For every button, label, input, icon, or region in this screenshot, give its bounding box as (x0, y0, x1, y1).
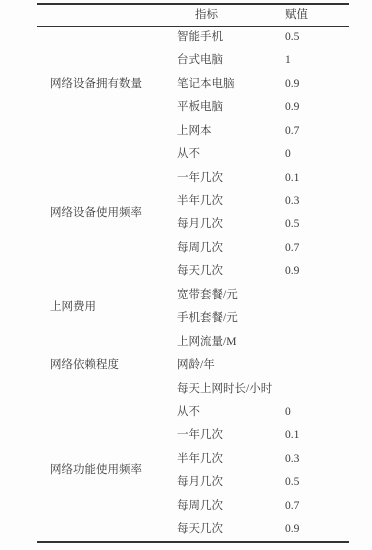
indicator-cell: 手机套餐/元 (177, 307, 285, 330)
value-cell: 0.7 (285, 495, 349, 518)
value-cell: 0 (285, 143, 349, 166)
value-cell: 0 (285, 401, 349, 424)
header-value: 赋值 (285, 4, 349, 26)
indicator-cell: 宽带套餐/元 (177, 284, 285, 307)
indicator-cell: 台式电脑 (177, 49, 285, 72)
indicator-cell: 平板电脑 (177, 96, 285, 119)
value-cell: 0.1 (285, 167, 349, 190)
paper-page: 指标 赋值 网络设备拥有数量 智能手机 0.5 台式电脑 1 笔记本电脑 0.9… (0, 0, 372, 550)
value-cell (285, 378, 349, 401)
indicator-cell: 每周几次 (177, 237, 285, 260)
indicator-cell: 智能手机 (177, 26, 285, 49)
indicator-cell: 每周几次 (177, 495, 285, 518)
value-cell: 0.5 (285, 26, 349, 49)
header-row: 指标 赋值 (37, 4, 349, 26)
value-cell (285, 284, 349, 307)
value-cell: 0.3 (285, 190, 349, 213)
value-cell: 0.9 (285, 260, 349, 283)
value-cell (285, 331, 349, 354)
category-cell: 网络设备拥有数量 (37, 26, 177, 143)
indicator-cell: 每月几次 (177, 214, 285, 237)
indicator-cell: 每天几次 (177, 260, 285, 283)
indicator-cell: 每月几次 (177, 471, 285, 494)
value-cell: 0.1 (285, 424, 349, 447)
indicator-cell: 每天上网时长/小时 (177, 378, 285, 401)
indicator-cell: 一年几次 (177, 167, 285, 190)
value-cell: 0.9 (285, 73, 349, 96)
table-row: 网络功能使用频率 从不 0 (37, 401, 349, 424)
category-cell: 网络设备使用频率 (37, 143, 177, 284)
value-cell: 0.5 (285, 471, 349, 494)
table-row: 网络设备使用频率 从不 0 (37, 143, 349, 166)
value-cell: 0.9 (285, 518, 349, 541)
table-row: 上网费用 宽带套餐/元 (37, 284, 349, 307)
table-row: 网络设备拥有数量 智能手机 0.5 (37, 26, 349, 49)
value-cell: 0.7 (285, 237, 349, 260)
indicator-cell: 上网本 (177, 120, 285, 143)
indicator-value-table: 指标 赋值 网络设备拥有数量 智能手机 0.5 台式电脑 1 笔记本电脑 0.9… (37, 3, 349, 543)
value-cell: 0.5 (285, 214, 349, 237)
value-cell (285, 354, 349, 377)
value-cell: 1 (285, 49, 349, 72)
value-cell (285, 307, 349, 330)
indicator-cell: 一年几次 (177, 424, 285, 447)
indicator-cell: 笔记本电脑 (177, 73, 285, 96)
value-cell: 0.3 (285, 448, 349, 471)
value-cell: 0.9 (285, 96, 349, 119)
indicator-cell: 上网流量/M (177, 331, 285, 354)
category-cell: 网络功能使用频率 (37, 401, 177, 542)
category-cell: 上网费用 (37, 284, 177, 331)
table-row: 网络依赖程度 上网流量/M (37, 331, 349, 354)
header-category-blank (37, 4, 177, 26)
value-cell: 0.7 (285, 120, 349, 143)
table-header: 指标 赋值 (37, 4, 349, 26)
indicator-cell: 每天几次 (177, 518, 285, 541)
indicator-cell: 网龄/年 (177, 354, 285, 377)
table-body: 网络设备拥有数量 智能手机 0.5 台式电脑 1 笔记本电脑 0.9 平板电脑 … (37, 26, 349, 542)
indicator-cell: 半年几次 (177, 448, 285, 471)
category-cell: 网络依赖程度 (37, 331, 177, 401)
indicator-cell: 从不 (177, 401, 285, 424)
indicator-cell: 从不 (177, 143, 285, 166)
header-indicator: 指标 (177, 4, 285, 26)
indicator-cell: 半年几次 (177, 190, 285, 213)
